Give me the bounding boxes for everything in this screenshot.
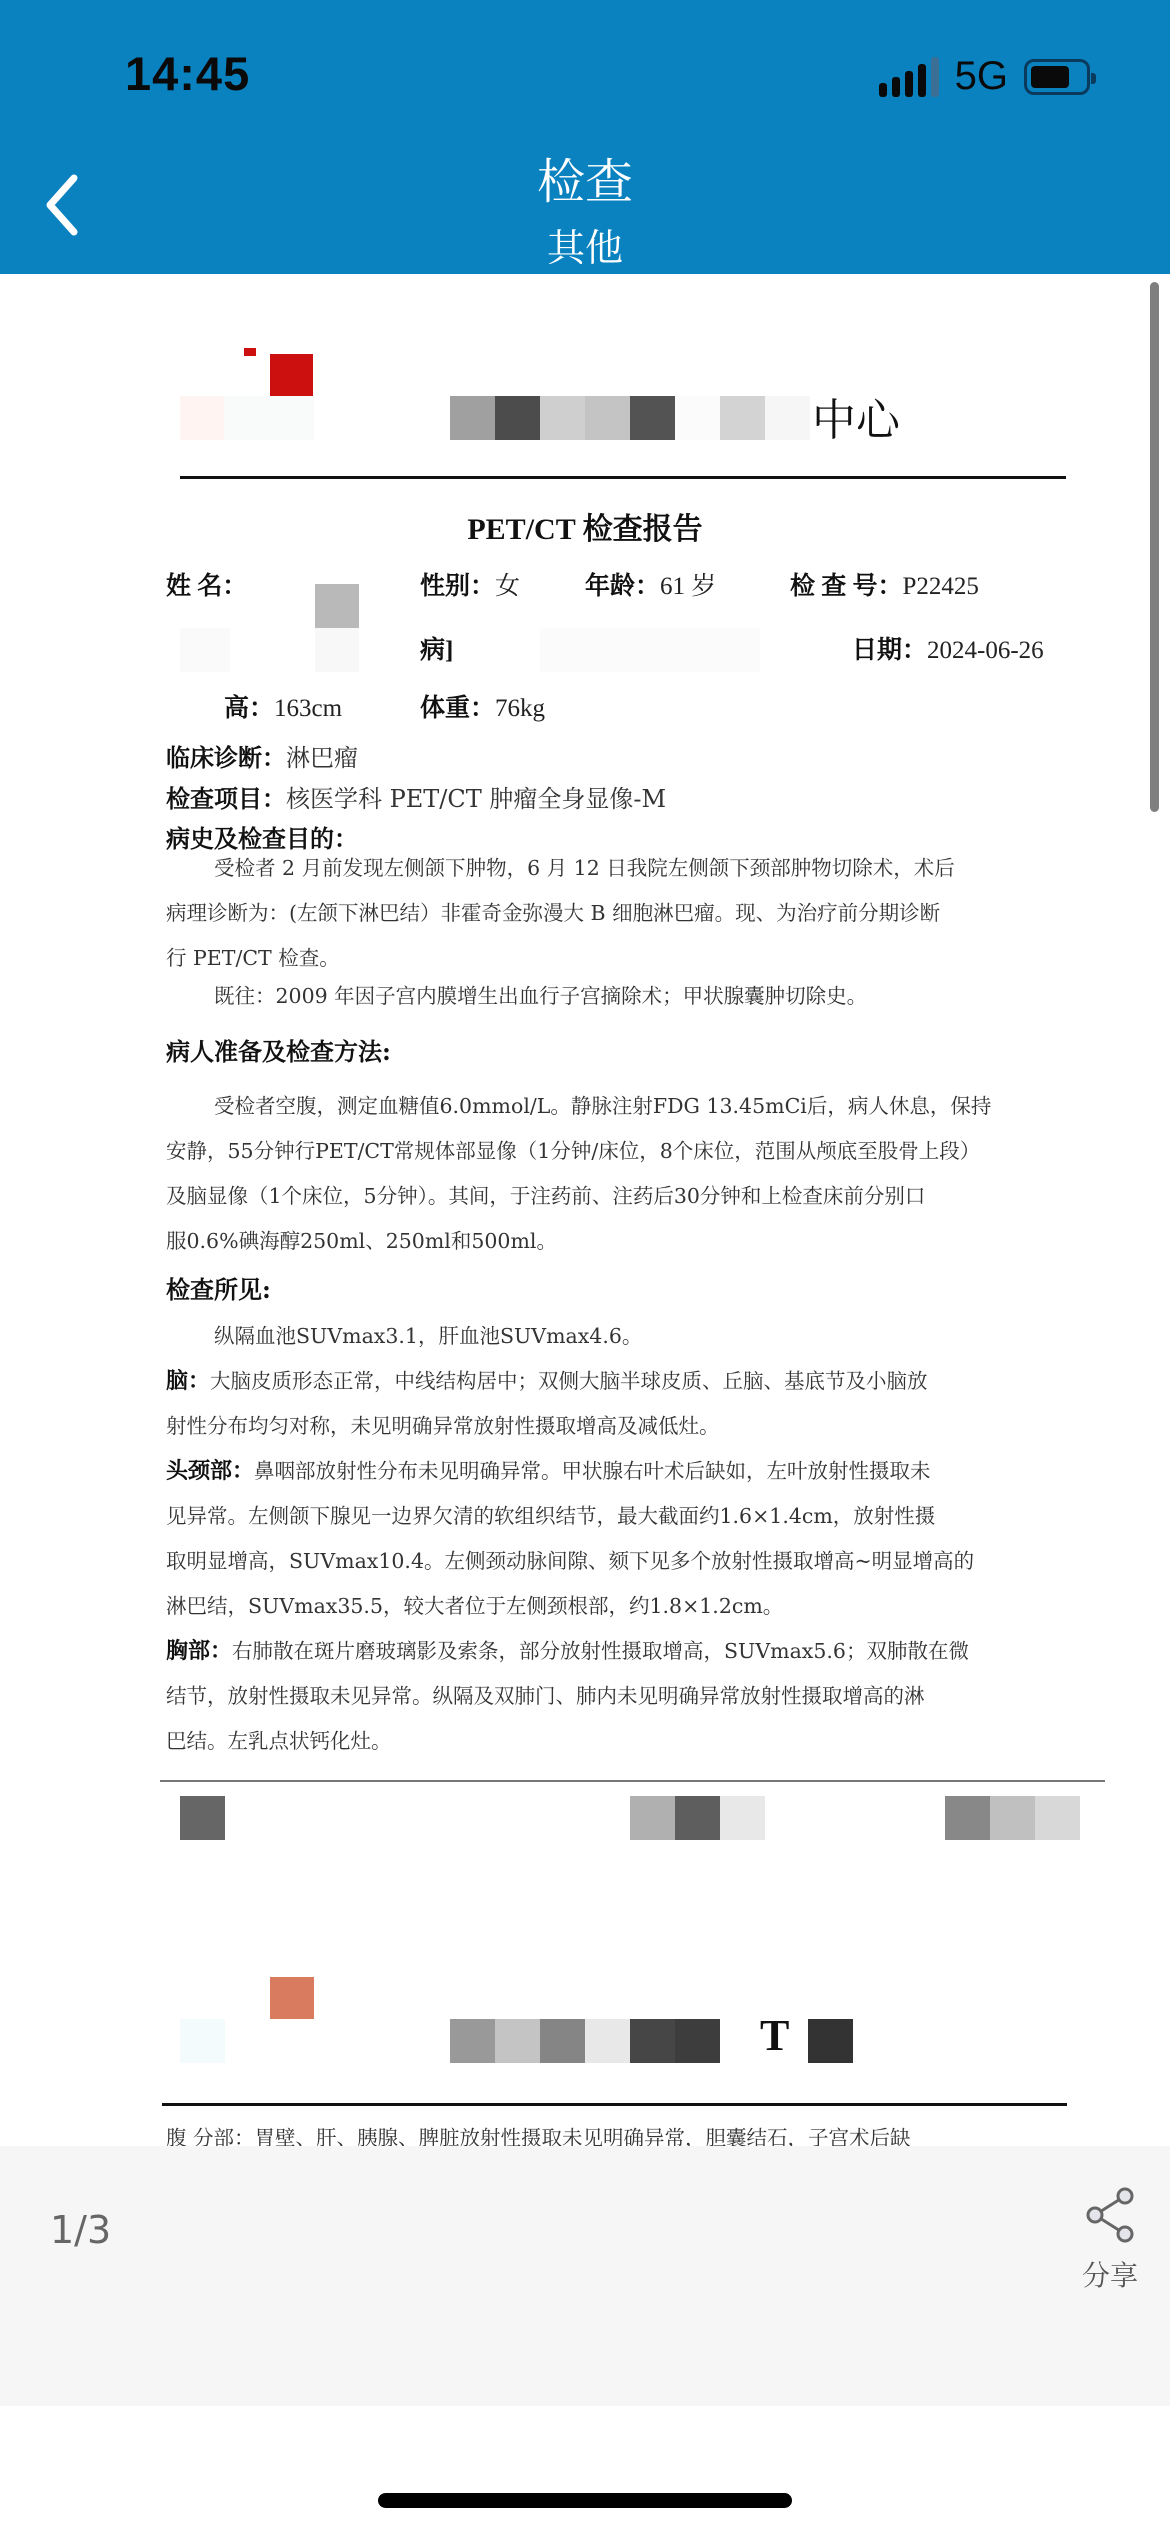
header-divider: [180, 476, 1066, 479]
abdomen-findings-partial: 腹 分部：胃壁、肝、胰腺、脾脏放射性摄取未见明确异常，胆囊结石，子宫术后缺: [166, 2116, 1036, 2146]
share-button[interactable]: 分享: [1070, 2186, 1150, 2296]
method-text: 受检者空腹，测定血糖值6.0mmol/L。静脉注射FDG 13.45mCi后，病…: [166, 1084, 1036, 1264]
brain-findings: 脑：大脑皮质形态正常，中线结构居中；双侧大脑半球皮质、丘脑、基底节及小脑放 射性…: [166, 1359, 1036, 1449]
ward-label: 病]: [420, 637, 453, 664]
redacted-name: [315, 584, 359, 628]
clinical-diagnosis: 临床诊断：淋巴瘤: [166, 738, 358, 773]
findings-heading: 检查所见:: [166, 1270, 271, 1305]
patient-weight: 76kg: [495, 695, 545, 722]
vertical-scrollbar[interactable]: [1150, 282, 1159, 812]
hospital-name-visible: T: [760, 2010, 789, 2061]
exam-item: 检查项目：核医学科 PET/CT 肿瘤全身显像-M: [166, 779, 666, 814]
signal-icon: [879, 57, 939, 97]
blood-pool: 纵隔血池SUVmax3.1，肝血池SUVmax4.6。: [166, 1314, 1036, 1359]
share-icon: [1082, 2186, 1138, 2246]
redacted-block: [180, 396, 224, 440]
redacted-footer: [180, 1796, 225, 1840]
home-indicator[interactable]: [378, 2493, 792, 2508]
page-title: 检查: [0, 143, 1170, 212]
patient-gender: 女: [495, 573, 520, 600]
history-text: 受检者 2 月前发现左侧颌下肿物，6 月 12 日我院左侧颌下颈部肿物切除术，术…: [166, 846, 1036, 981]
footer-divider: [160, 1780, 1105, 1782]
status-time: 14:45: [125, 46, 250, 101]
battery-icon: [1024, 59, 1090, 95]
hospital-name-visible: 中心: [812, 384, 900, 448]
exam-date: 2024-06-26: [927, 637, 1044, 664]
bottom-toolbar: 1/3 分享: [0, 2146, 1170, 2406]
status-indicators: 5G: [879, 54, 1090, 99]
patient-height: 163cm: [274, 695, 342, 722]
patient-age: 61 岁: [660, 573, 716, 600]
report-title: PET/CT 检查报告: [0, 504, 1170, 548]
page-subtitle: 其他: [0, 217, 1170, 272]
past-history: 既往：2009 年因子宫内膜增生出血行子宫摘除术；甲状腺囊肿切除史。: [166, 974, 1036, 1019]
exam-number: P22425: [903, 573, 979, 600]
head-neck-findings: 头颈部：鼻咽部放射性分布未见明确异常。甲状腺右叶术后缺如，左叶放射性摄取未 见异…: [166, 1449, 1036, 1629]
top-header: 14:45 5G 检查 其他: [0, 0, 1170, 274]
document-viewer[interactable]: 中心 PET/CT 检查报告 姓 名： 性别：女 年龄：61 岁 检 查 号：P…: [0, 274, 1170, 2146]
hospital-logo: [270, 1977, 314, 2019]
chest-findings: 胸部：右肺散在斑片磨玻璃影及索条，部分放射性摄取增高，SUVmax5.6；双肺散…: [166, 1629, 1036, 1764]
share-label: 分享: [1070, 2254, 1150, 2294]
hospital-logo: [270, 354, 313, 396]
method-heading: 病人准备及检查方法:: [166, 1032, 391, 1067]
page-indicator: 1/3: [50, 2208, 111, 2252]
network-type: 5G: [955, 54, 1008, 99]
header-divider: [162, 2103, 1067, 2106]
